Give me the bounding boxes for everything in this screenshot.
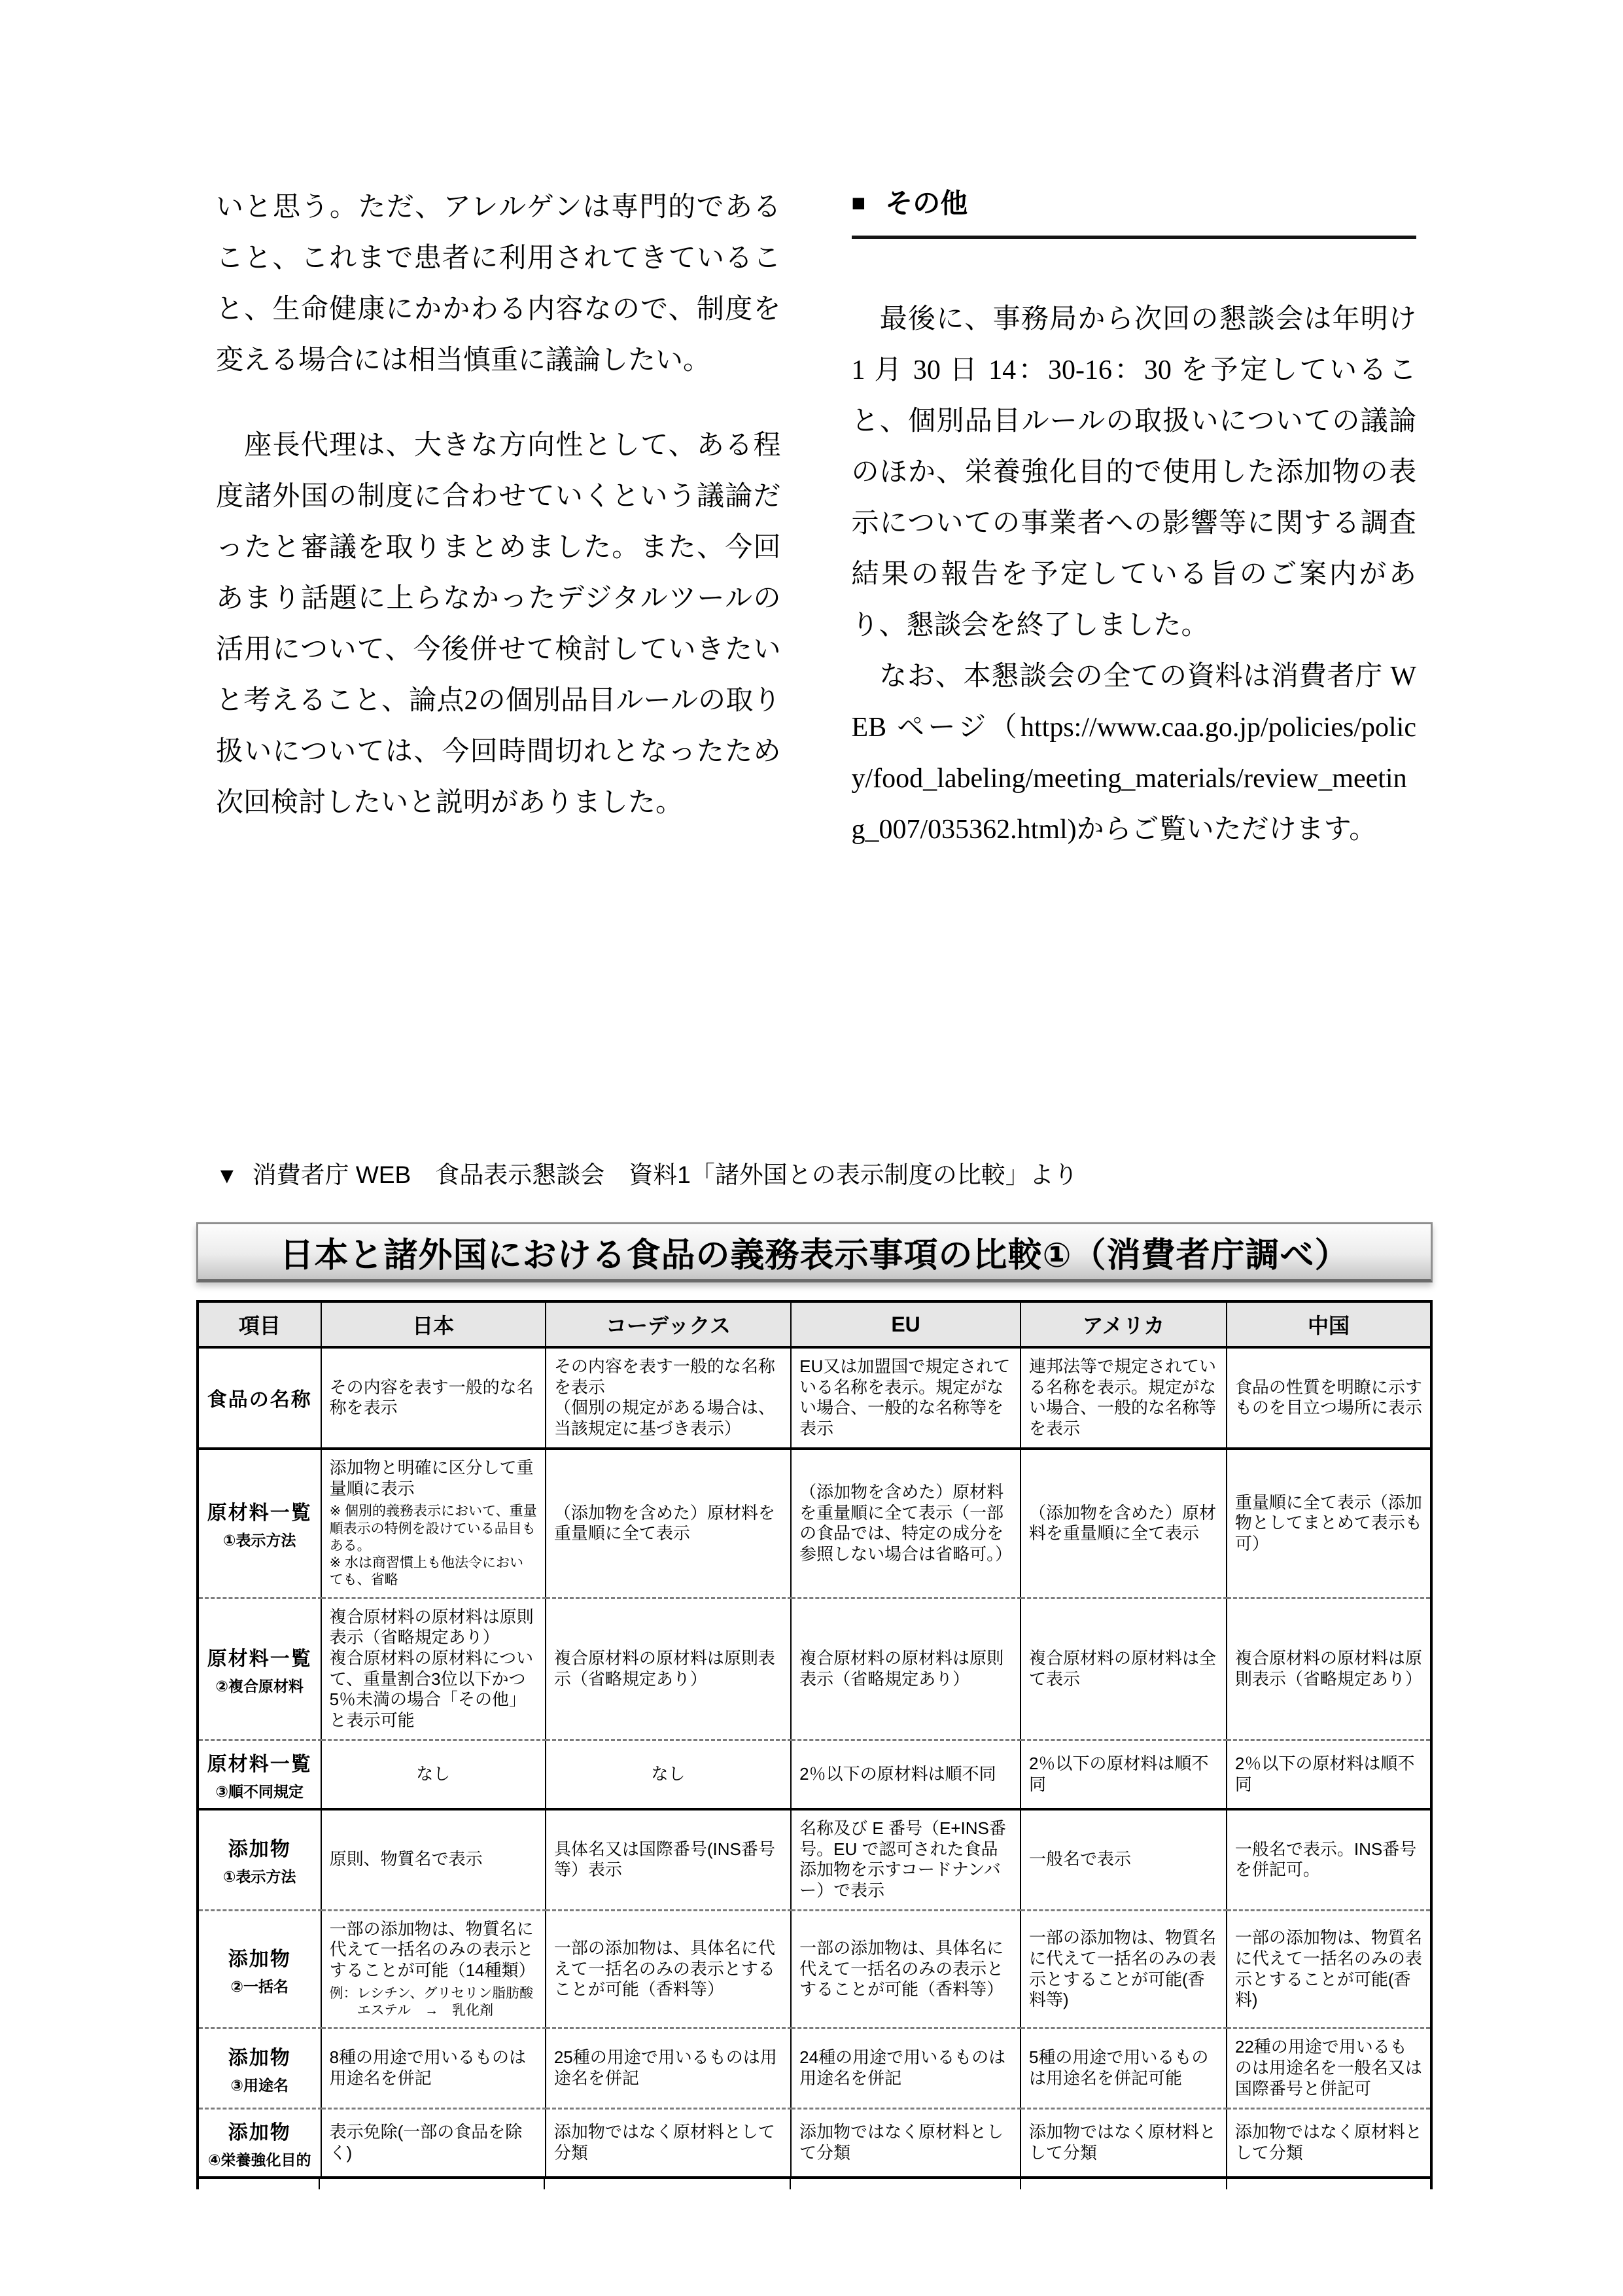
table-cell: 複合原材料の原材料は原則表示（省略規定あり） xyxy=(1227,1598,1431,1740)
table-cell-text: 複合原材料の原材料は原則表示（省略規定あり） 複合原材料の原材料について、重量割… xyxy=(330,1607,537,1731)
paragraph: 座長代理は、大きな方向性として、ある程度諸外国の制度に合わせていくという議論だっ… xyxy=(216,420,781,828)
table-cell: 添加物と明確に区分して重量順に表示※ 個別的義務表示において、重量順表示の特例を… xyxy=(321,1449,546,1598)
table-row: 原材料一覧③順不同規定なしなし2％以下の原材料は順不同2％以下の原材料は順不同2… xyxy=(198,1740,1431,1809)
paragraph: なお、本懇談会の全ての資料は消費者庁 WEB ページ（https://www.c… xyxy=(852,651,1417,855)
table-cell: 一般名で表示。INS番号を併記可。 xyxy=(1227,1809,1431,1910)
table-cell-text: 複合原材料の原材料は原則表示（省略規定あり） xyxy=(554,1648,782,1689)
table-cell: 複合原材料の原材料は原則表示（省略規定あり） xyxy=(791,1598,1021,1740)
paragraph: 最後に、事務局から次回の懇談会は年明け 1 月 30 日 14：30-16：30… xyxy=(852,294,1417,651)
table-cell-text: 添加物ではなく原材料として分類 xyxy=(554,2122,782,2163)
table-cell-text: 重量順に全て表示（添加物としてまとめて表示も可） xyxy=(1235,1492,1422,1555)
table-cell: 2％以下の原材料は順不同 xyxy=(1021,1740,1227,1809)
table-cell: 添加物ではなく原材料として分類 xyxy=(1021,2108,1227,2178)
table-cell: 一般名で表示 xyxy=(1021,1809,1227,1910)
table-cell: なし xyxy=(321,1740,546,1809)
row-header-sublabel: ①表示方法 xyxy=(201,1865,318,1886)
table-row: 添加物④栄養強化目的表示免除(一部の食品を除く)添加物ではなく原材料として分類添… xyxy=(198,2108,1431,2178)
table-row: 添加物①表示方法原則、物質名で表示具体名又は国際番号(INS番号等）表示名称及び… xyxy=(198,1809,1431,1910)
table-cell: その内容を表す一般的な名称を表示 （個別の規定がある場合は、当該規定に基づき表示… xyxy=(546,1347,791,1449)
row-header: 添加物④栄養強化目的 xyxy=(198,2108,321,2178)
table-cell-text: 添加物ではなく原材料として分類 xyxy=(1029,2122,1218,2163)
table-grid-line xyxy=(1021,2179,1228,2189)
body-text-columns: いと思う。ただ、アレルゲンは専門的であること、これまで患者に利用されてきているこ… xyxy=(216,182,1416,855)
table-row: 添加物③用途名8種の用途で用いるものは用途名を併記25種の用途で用いるものは用途… xyxy=(198,2028,1431,2108)
table-cell-text: 食品の性質を明瞭に示すものを目立つ場所に表示 xyxy=(1235,1377,1422,1419)
table-cell: 重量順に全て表示（添加物としてまとめて表示も可） xyxy=(1227,1449,1431,1598)
table-cell-text: 25種の用途で用いるものは用途名を併記 xyxy=(554,2047,782,2089)
row-header-label: 添加物 xyxy=(201,2041,318,2070)
table-cell: （添加物を含めた）原材料を重量順に全て表示 xyxy=(546,1449,791,1598)
table-cell: 複合原材料の原材料は原則表示（省略規定あり） xyxy=(546,1598,791,1740)
table-cell-text: 名称及び E 番号（E+INS番号。EU で認可された食品添加物を示すコードナン… xyxy=(799,1818,1012,1901)
table-cell-text: 一般名で表示 xyxy=(1029,1849,1218,1870)
row-header-label: 添加物 xyxy=(201,1833,318,1862)
table-row: 原材料一覧②複合原材料複合原材料の原材料は原則表示（省略規定あり） 複合原材料の… xyxy=(198,1598,1431,1740)
row-header-label: 原材料一覧 xyxy=(201,1496,318,1525)
table-grid-line xyxy=(1227,2179,1433,2189)
table-cell: 原則、物質名で表示 xyxy=(321,1809,546,1910)
row-header-label: 添加物 xyxy=(201,2116,318,2145)
table-cell: 複合原材料の原材料は全て表示 xyxy=(1021,1598,1227,1740)
table-cell: 5種の用途で用いるものは用途名を併記可能 xyxy=(1021,2028,1227,2108)
figure-caption: ▼消費者庁 WEB 食品表示懇談会 資料1「諸外国との表示制度の比較」より xyxy=(216,1155,1078,1190)
row-header: 添加物①表示方法 xyxy=(198,1809,321,1910)
table-cell: 名称及び E 番号（E+INS番号。EU で認可された食品添加物を示すコードナン… xyxy=(791,1809,1021,1910)
table-row: 食品の名称その内容を表す一般的な名称を表示その内容を表す一般的な名称を表示 （個… xyxy=(198,1347,1431,1449)
table-cell: 添加物ではなく原材料として分類 xyxy=(1227,2108,1431,2178)
table-cell: 24種の用途で用いるものは用途名を併記 xyxy=(791,2028,1021,2108)
table-cell-text: 8種の用途で用いるものは用途名を併記 xyxy=(330,2047,537,2089)
table-cell: 複合原材料の原材料は原則表示（省略規定あり） 複合原材料の原材料について、重量割… xyxy=(321,1598,546,1740)
table-cell-text: 複合原材料の原材料は原則表示（省略規定あり） xyxy=(1235,1648,1422,1689)
down-triangle-icon: ▼ xyxy=(216,1163,238,1188)
table-cell-note: ※ 個別的義務表示において、重量順表示の特例を設けている品目もある。 ※ 水は商… xyxy=(330,1503,537,1589)
table-cell: 8種の用途で用いるものは用途名を併記 xyxy=(321,2028,546,2108)
table-column-header: アメリカ xyxy=(1021,1301,1227,1347)
table-cell-text: なし xyxy=(554,1764,782,1785)
section-heading: ■ その他 xyxy=(852,182,1417,239)
table-cell-text: 具体名又は国際番号(INS番号等）表示 xyxy=(554,1839,782,1881)
row-header-label: 食品の名称 xyxy=(201,1383,318,1412)
table-cell-text: 2％以下の原材料は順不同 xyxy=(799,1764,1012,1785)
table-grid-line xyxy=(196,2179,320,2189)
row-header: 原材料一覧①表示方法 xyxy=(198,1449,321,1598)
table-cell: なし xyxy=(546,1740,791,1809)
paragraph: いと思う。ただ、アレルゲンは専門的であること、これまで患者に利用されてきているこ… xyxy=(216,182,781,386)
table-cell-text: EU又は加盟国で規定されている名称を表示。規定がない場合、一般的な名称等を表示 xyxy=(799,1356,1012,1439)
comparison-figure: 日本と諸外国における食品の義務表示事項の比較①（消費者庁調べ） 項目日本コーデッ… xyxy=(196,1222,1433,2189)
table-column-header: 項目 xyxy=(198,1301,321,1347)
table-cell: その内容を表す一般的な名称を表示 xyxy=(321,1347,546,1449)
table-cell-text: 原則、物質名で表示 xyxy=(330,1849,537,1870)
table-cell: 添加物ではなく原材料として分類 xyxy=(791,2108,1021,2178)
row-header-sublabel: ①表示方法 xyxy=(201,1528,318,1550)
table-cell: 一部の添加物は、物質名に代えて一括名のみの表示とすることが可能（14種類）例：レ… xyxy=(321,1910,546,2028)
row-header: 添加物②一括名 xyxy=(198,1910,321,2028)
section-heading-label: その他 xyxy=(885,182,968,221)
table-cell: 連邦法等で規定されている名称を表示。規定がない場合、一般的な名称等を表示 xyxy=(1021,1347,1227,1449)
row-header-label: 原材料一覧 xyxy=(201,1642,318,1671)
table-header-row: 項目日本コーデックスEUアメリカ中国 xyxy=(198,1301,1431,1347)
table-cell-text: 一部の添加物は、物質名に代えて一括名のみの表示とすることが可能(香料等) xyxy=(1029,1928,1218,2011)
table-cell-text: 添加物ではなく原材料として分類 xyxy=(799,2122,1012,2163)
table-cell: 具体名又は国際番号(INS番号等）表示 xyxy=(546,1809,791,1910)
table-cell-text: 一部の添加物は、具体名に代えて一括名のみの表示とすることが可能（香料等） xyxy=(554,1938,782,2000)
figure-caption-text: 消費者庁 WEB 食品表示懇談会 資料1「諸外国との表示制度の比較」より xyxy=(253,1161,1078,1188)
table-body: 食品の名称その内容を表す一般的な名称を表示その内容を表す一般的な名称を表示 （個… xyxy=(198,1347,1431,2178)
row-header-sublabel: ④栄養強化目的 xyxy=(201,2148,318,2170)
table-cell: 2％以下の原材料は順不同 xyxy=(1227,1740,1431,1809)
table-cell-text: 一部の添加物は、物質名に代えて一括名のみの表示とすることが可能（14種類） xyxy=(330,1919,537,1981)
table-cell-text: （添加物を含めた）原材料を重量順に全て表示 xyxy=(554,1503,782,1544)
table-cell: 添加物ではなく原材料として分類 xyxy=(546,2108,791,2178)
row-header: 食品の名称 xyxy=(198,1347,321,1449)
table-column-header: 中国 xyxy=(1227,1301,1431,1347)
table-cell: 一部の添加物は、物質名に代えて一括名のみの表示とすることが可能(香料) xyxy=(1227,1910,1431,2028)
table-grid-line xyxy=(791,2179,1021,2189)
table-cell: 食品の性質を明瞭に示すものを目立つ場所に表示 xyxy=(1227,1347,1431,1449)
table-grid-line xyxy=(320,2179,545,2189)
table-cell-text: 添加物と明確に区分して重量順に表示 xyxy=(330,1458,537,1499)
table-cell: 一部の添加物は、具体名に代えて一括名のみの表示とすることが可能（香料等） xyxy=(791,1910,1021,2028)
table-cell-text: 一般名で表示。INS番号を併記可。 xyxy=(1235,1839,1422,1881)
table-cell-text: 複合原材料の原材料は原則表示（省略規定あり） xyxy=(799,1648,1012,1689)
row-header-label: 原材料一覧 xyxy=(201,1748,318,1776)
figure-title-bar: 日本と諸外国における食品の義務表示事項の比較①（消費者庁調べ） xyxy=(196,1222,1433,1282)
table-cell: EU又は加盟国で規定されている名称を表示。規定がない場合、一般的な名称等を表示 xyxy=(791,1347,1021,1449)
table-cell-text: 2％以下の原材料は順不同 xyxy=(1029,1754,1218,1795)
left-column: いと思う。ただ、アレルゲンは専門的であること、これまで患者に利用されてきているこ… xyxy=(216,182,781,855)
table-cell: 22種の用途で用いるものは用途名を一般名又は国際番号と併記可 xyxy=(1227,2028,1431,2108)
row-header-sublabel: ③用途名 xyxy=(201,2074,318,2095)
table-cell-text: 添加物ではなく原材料として分類 xyxy=(1235,2122,1422,2163)
table-cell: 一部の添加物は、具体名に代えて一括名のみの表示とすることが可能（香料等） xyxy=(546,1910,791,2028)
document-page: いと思う。ただ、アレルゲンは専門的であること、これまで患者に利用されてきているこ… xyxy=(0,0,1623,2296)
table-cell-text: 一部の添加物は、物質名に代えて一括名のみの表示とすることが可能(香料) xyxy=(1235,1928,1422,2011)
table-cell: （添加物を含めた）原材料を重量順に全て表示（一部の食品では、特定の成分を参照しな… xyxy=(791,1449,1021,1598)
figure-title-text: 日本と諸外国における食品の義務表示事項の比較①（消費者庁調べ） xyxy=(279,1227,1349,1277)
table-cell: 2％以下の原材料は順不同 xyxy=(791,1740,1021,1809)
table-row: 添加物②一括名一部の添加物は、物質名に代えて一括名のみの表示とすることが可能（1… xyxy=(198,1910,1431,2028)
table-cell-text: なし xyxy=(330,1764,537,1785)
table-cell-text: 22種の用途で用いるものは用途名を一般名又は国際番号と併記可 xyxy=(1235,2037,1422,2099)
table-next-row-clipped xyxy=(196,2179,1433,2189)
table-cell-text: 5種の用途で用いるものは用途名を併記可能 xyxy=(1029,2047,1218,2089)
table-cell-text: 一部の添加物は、具体名に代えて一括名のみの表示とすることが可能（香料等） xyxy=(799,1938,1012,2000)
table-cell-text: 2％以下の原材料は順不同 xyxy=(1235,1754,1422,1795)
row-header-sublabel: ②一括名 xyxy=(201,1975,318,1996)
table-column-header: コーデックス xyxy=(546,1301,791,1347)
row-header: 原材料一覧③順不同規定 xyxy=(198,1740,321,1809)
table-cell: （添加物を含めた）原材料を重量順に全て表示 xyxy=(1021,1449,1227,1598)
black-square-icon: ■ xyxy=(852,191,866,215)
table-cell-note: 例：レシチン、グリセリン脂肪酸 エステル → 乳化剤 xyxy=(330,1985,537,2020)
table-cell-text: 表示免除(一部の食品を除く) xyxy=(330,2122,537,2163)
table-cell-text: （添加物を含めた）原材料を重量順に全て表示（一部の食品では、特定の成分を参照しな… xyxy=(799,1482,1012,1565)
right-column: ■ その他 最後に、事務局から次回の懇談会は年明け 1 月 30 日 14：30… xyxy=(852,182,1417,855)
table-row: 原材料一覧①表示方法添加物と明確に区分して重量順に表示※ 個別的義務表示において… xyxy=(198,1449,1431,1598)
table-cell-text: その内容を表す一般的な名称を表示 （個別の規定がある場合は、当該規定に基づき表示… xyxy=(554,1356,782,1439)
row-header-label: 添加物 xyxy=(201,1943,318,1971)
table-cell-text: その内容を表す一般的な名称を表示 xyxy=(330,1377,537,1419)
row-header-sublabel: ②複合原材料 xyxy=(201,1674,318,1696)
table-cell: 一部の添加物は、物質名に代えて一括名のみの表示とすることが可能(香料等) xyxy=(1021,1910,1227,2028)
table-cell-text: 連邦法等で規定されている名称を表示。規定がない場合、一般的な名称等を表示 xyxy=(1029,1356,1218,1439)
table-column-header: EU xyxy=(791,1301,1021,1347)
table-cell-text: 24種の用途で用いるものは用途名を併記 xyxy=(799,2047,1012,2089)
table-cell-text: （添加物を含めた）原材料を重量順に全て表示 xyxy=(1029,1503,1218,1544)
table-cell: 表示免除(一部の食品を除く) xyxy=(321,2108,546,2178)
row-header-sublabel: ③順不同規定 xyxy=(201,1780,318,1801)
table-grid-line xyxy=(545,2179,791,2189)
comparison-table: 項目日本コーデックスEUアメリカ中国 食品の名称その内容を表す一般的な名称を表示… xyxy=(196,1300,1433,2179)
table-head: 項目日本コーデックスEUアメリカ中国 xyxy=(198,1301,1431,1347)
table-column-header: 日本 xyxy=(321,1301,546,1347)
row-header: 添加物③用途名 xyxy=(198,2028,321,2108)
table-cell-text: 複合原材料の原材料は全て表示 xyxy=(1029,1648,1218,1689)
row-header: 原材料一覧②複合原材料 xyxy=(198,1598,321,1740)
table-cell: 25種の用途で用いるものは用途名を併記 xyxy=(546,2028,791,2108)
